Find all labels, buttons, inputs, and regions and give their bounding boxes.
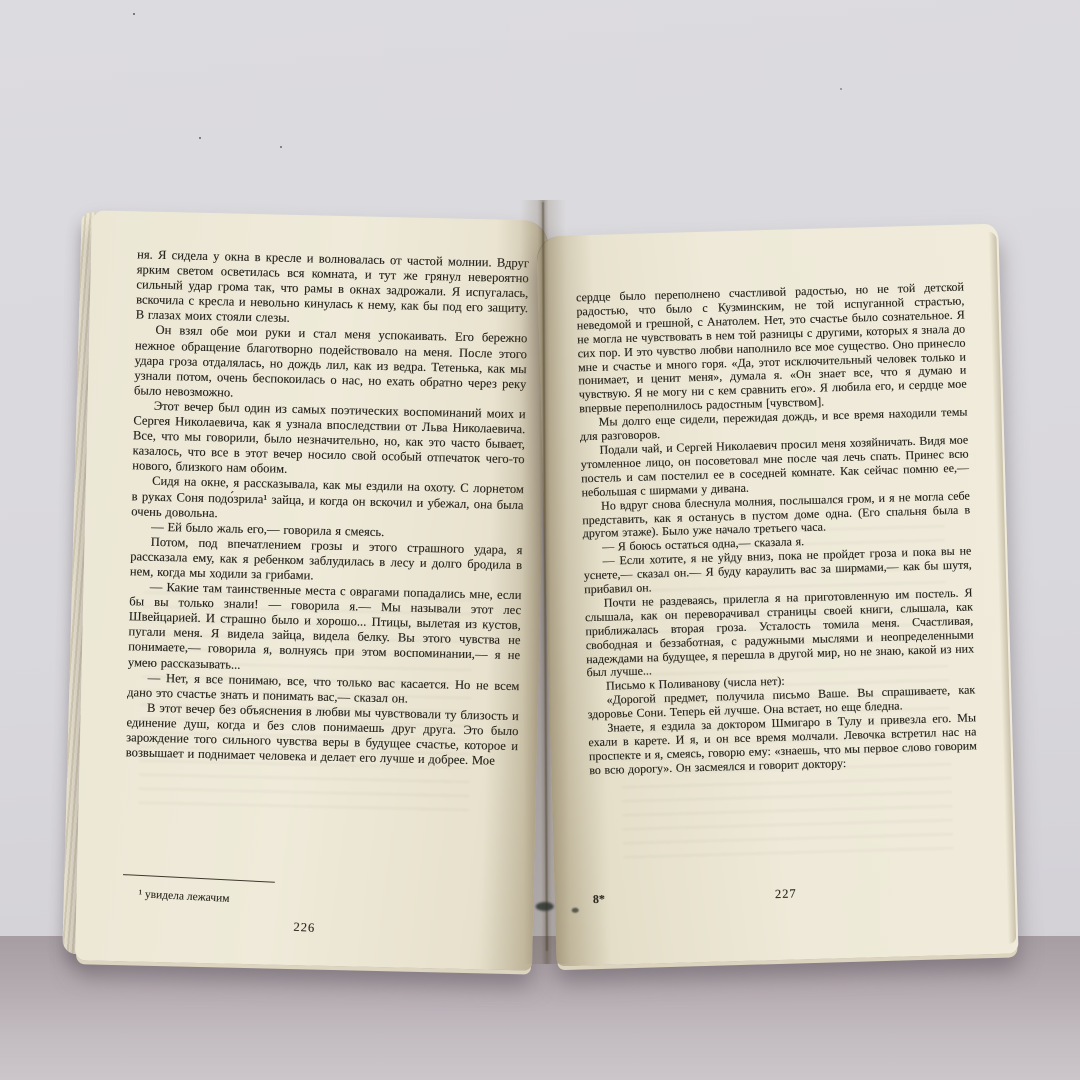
footnote-rule	[123, 874, 275, 883]
paragraph: сердце было переполнено счастливой радос…	[576, 281, 967, 417]
paragraph: ня. Я сидела у окна в кресле и волновала…	[136, 247, 530, 331]
paragraph: Он взял обе мои руки и стал меня успокаи…	[134, 323, 528, 407]
footnote: ¹ увидела лежачим	[138, 888, 229, 905]
ink-blot	[536, 902, 554, 911]
paragraph: — Какие там таинственные места с оврагам…	[128, 579, 522, 678]
page-number-left: 226	[76, 909, 533, 947]
page-text-right: сердце было переполнено счастливой радос…	[576, 281, 977, 778]
book-page-left: ня. Я сидела у окна в кресле и волновала…	[75, 210, 549, 970]
paragraph: Этот вечер был один из самых поэтических…	[132, 398, 526, 482]
page-number-right: 227	[555, 880, 1017, 910]
paragraph: Знаете, я ездила за доктором Шмигаро в Т…	[588, 711, 977, 777]
paragraph: В этот вечер без объяснения в любви мы ч…	[126, 700, 519, 769]
paragraph: Почти не раздеваясь, прилегла я на приго…	[584, 586, 974, 680]
photo-background: ня. Я сидела у окна в кресле и волновала…	[0, 0, 1080, 1080]
book-page-right: сердце было переполнено счастливой радос…	[536, 224, 1018, 967]
ink-blot	[572, 908, 579, 913]
dust-specks	[133, 13, 135, 15]
open-book: ня. Я сидела у окна в кресле и волновала…	[68, 198, 1007, 968]
page-text-left: ня. Я сидела у окна в кресле и волновала…	[126, 247, 530, 769]
